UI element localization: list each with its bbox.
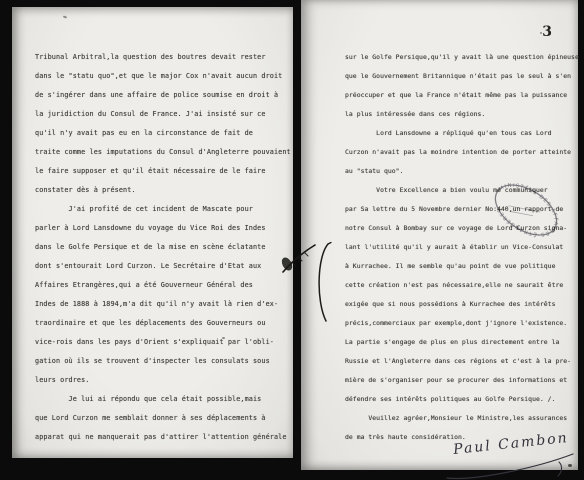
- typewritten-line: la plus intéressée dans ces régions.: [345, 105, 579, 124]
- typewritten-line: dont s'entourait Lord Curzon. Le Secréta…: [35, 257, 291, 276]
- typewritten-line: au "statu quo".: [345, 162, 579, 181]
- typewritten-line: dans le Golfe Persique et de la mise en …: [35, 238, 291, 257]
- scanned-letter: Tribunal Arbitral,la question des boutre…: [0, 0, 584, 480]
- typewritten-line: la juridiction du Consul de France. J'ai…: [35, 105, 291, 124]
- typewritten-line: traordinaire et que les déplacements des…: [35, 314, 291, 333]
- typewritten-line: Veuillez agréer,Monsieur le Ministre,les…: [345, 409, 579, 428]
- typewritten-line: gation où ils se trouvent d'inspecter le…: [35, 352, 291, 371]
- scan-speck: [568, 464, 572, 467]
- typewritten-line: préoccuper et que la France n'était même…: [345, 86, 579, 105]
- typewritten-line: exigée que si nous possédions à Kurrache…: [345, 295, 579, 314]
- typewritten-line: mière de s'organiser pour se procurer de…: [345, 371, 579, 390]
- typewritten-line: Affaires Etrangères,qui a été Gouverneur…: [35, 276, 291, 295]
- scan-speck: [222, 337, 225, 339]
- typewritten-line: parler à Lord Lansdowne du voyage du Vic…: [35, 219, 291, 238]
- typewritten-line: Russie et l'Angleterre dans ces régions …: [345, 352, 579, 371]
- typewritten-line: précis,commerciaux par exemple,dont j'ig…: [345, 314, 579, 333]
- typewritten-line: leurs ordres.: [35, 371, 291, 390]
- typewritten-line: que le Gouvernement Britannique n'était …: [345, 67, 579, 86]
- typewritten-line: défendre ses intérêts politiques au Golf…: [345, 390, 579, 409]
- scan-speck: [540, 32, 542, 34]
- typewritten-line: de s'ingérer dans une affaire de police …: [35, 86, 291, 105]
- typewritten-line: le faire supposer et qu'il était nécessa…: [35, 162, 291, 181]
- typewritten-line: traite comme les imputations du Consul d…: [35, 143, 291, 162]
- typewritten-line: Tribunal Arbitral,la question des boutre…: [35, 48, 291, 67]
- typewritten-line: que Lord Curzon me semblait donner à ses…: [35, 409, 291, 428]
- typewritten-line: apparat qui ne manquerait pas d'attirer …: [35, 428, 291, 447]
- signature-flourish: [441, 448, 581, 480]
- typewritten-line: vice-rois dans les pays d'Orient s'expli…: [35, 333, 291, 352]
- gutter-handwriting-annotation: [278, 238, 320, 286]
- page-number: 3: [542, 24, 552, 40]
- typewritten-line: à Kurrachee. Il me semble qu'au point de…: [345, 257, 579, 276]
- typewritten-line: La partie s'engage de plus en plus direc…: [345, 333, 579, 352]
- typewritten-line: sur le Golfe Persique,qu'il y avait là u…: [345, 48, 579, 67]
- typewritten-line: Curzon n'avait pas la moindre intention …: [345, 143, 579, 162]
- typewritten-line: Indes de 1888 à 1894,m'a dit qu'il n'y a…: [35, 295, 291, 314]
- typewritten-line: J'ai profité de cet incident de Mascate …: [35, 200, 291, 219]
- page-left: Tribunal Arbitral,la question des boutre…: [12, 7, 293, 458]
- typewritten-line: Je lui ai répondu que cela était possibl…: [35, 390, 291, 409]
- typewritten-line: Lord Lansdowne a répliqué qu'en tous cas…: [345, 124, 579, 143]
- typewritten-line: qu'il n'y avait pas eu en la circonstanc…: [35, 124, 291, 143]
- page-right: 3 sur le Golfe Persique,qu'il y avait là…: [301, 0, 578, 470]
- typewritten-line: cette création n'est pas nécessaire,elle…: [345, 276, 579, 295]
- typewritten-line: constater dès à présent.: [35, 181, 291, 200]
- typewritten-line: dans le "statu quo",et que le major Cox …: [35, 67, 291, 86]
- page-left-text: Tribunal Arbitral,la question des boutre…: [35, 48, 291, 447]
